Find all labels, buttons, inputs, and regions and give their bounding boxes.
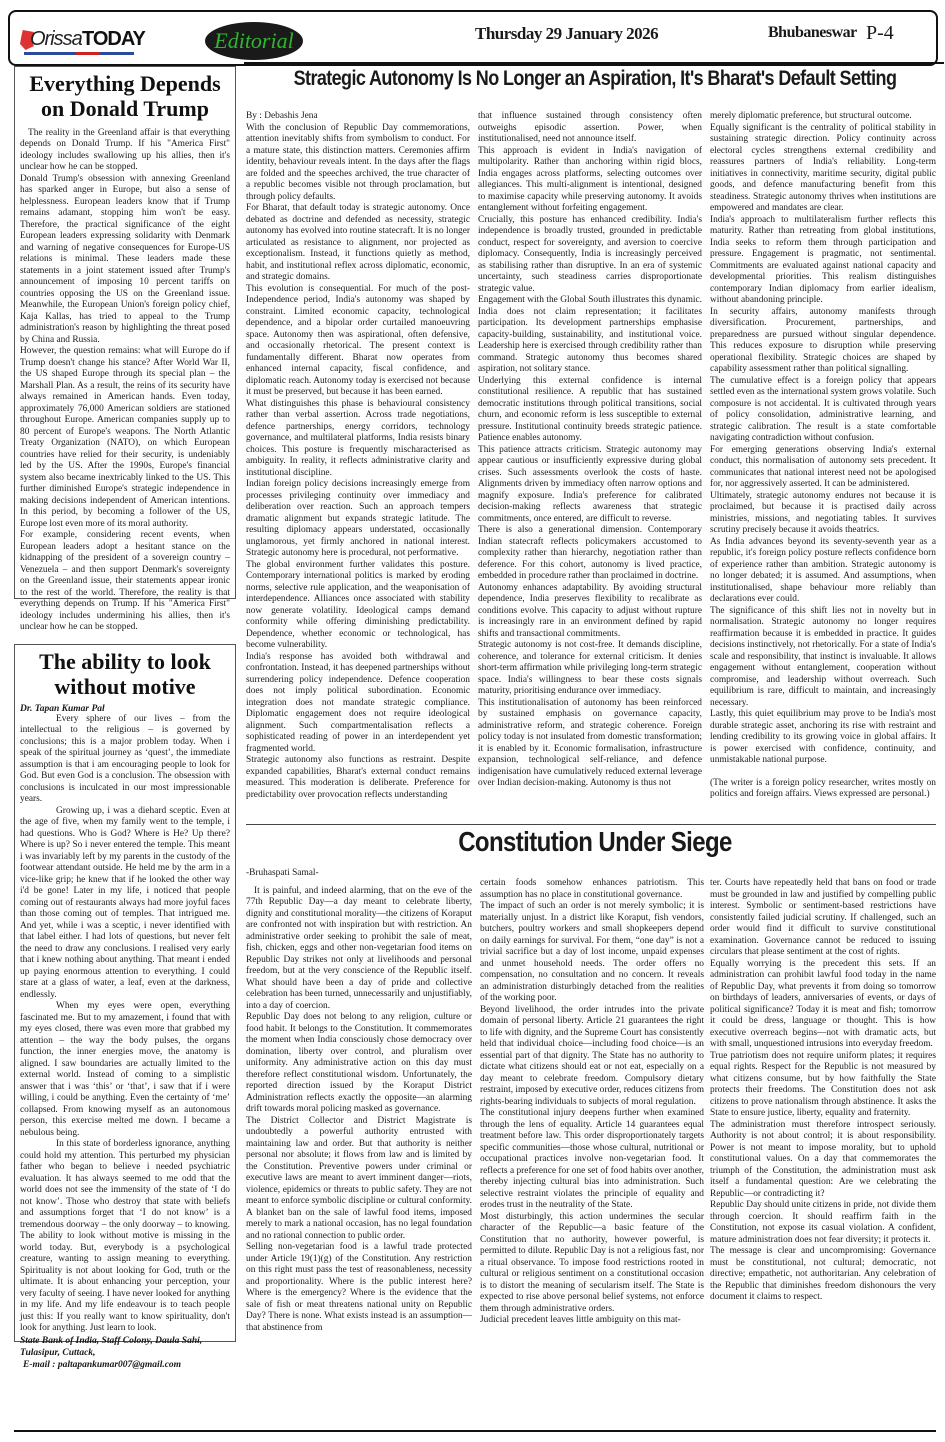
- paragraph: The cumulative effect is a foreign polic…: [710, 376, 936, 445]
- section-badge-editorial: Editorial: [205, 22, 303, 60]
- section-divider: [246, 824, 936, 825]
- masthead: Orissa TODAY Editorial Thursday 29 Janua…: [8, 10, 938, 66]
- paragraph: The administration must therefore intros…: [710, 1120, 936, 1201]
- paragraph: Crucially, this posture has enhanced cre…: [478, 215, 702, 296]
- paragraph: Republic Day does not belong to any reli…: [246, 1012, 472, 1116]
- logo-word-orissa: Orissa: [30, 28, 82, 51]
- byline: By : Debashis Jena: [246, 111, 470, 123]
- logo-accent-bar: [76, 52, 100, 55]
- writer-disclaimer: (The writer is a foreign policy research…: [710, 778, 936, 801]
- orissa-today-logo[interactable]: Orissa TODAY: [20, 28, 160, 54]
- constitution-column-2: certain foods somehow enhances patriotis…: [480, 878, 704, 1327]
- article-headline-autonomy: Strategic Autonomy Is No Longer an Aspir…: [250, 66, 940, 91]
- paragraph: India's response has avoided both withdr…: [246, 652, 470, 756]
- paragraph: Most disturbingly, this action undermine…: [480, 1212, 704, 1316]
- paragraph: merely diplomatic preference, but struct…: [710, 111, 936, 123]
- paragraph: When my eyes were open, everything fasci…: [20, 1001, 230, 1139]
- paragraph: This evolution is consequential. For muc…: [246, 284, 470, 399]
- paragraph: Underlying this external confidence is i…: [478, 376, 702, 445]
- paragraph: With the conclusion of Republic Day comm…: [246, 123, 470, 204]
- paragraph: The significance of this shift lies not …: [710, 606, 936, 710]
- paragraph: Republic Day should unite citizens in pr…: [710, 1200, 936, 1246]
- paragraph: India's approach to multilateralism furt…: [710, 215, 936, 307]
- autonomy-column-2: that influence sustained through consist…: [478, 111, 702, 790]
- paragraph: It is painful, and indeed alarming, that…: [246, 886, 472, 1013]
- paragraph: The constitutional injury deepens furthe…: [480, 1108, 704, 1212]
- paragraph: Equally worrying is the precedent this s…: [710, 959, 936, 1051]
- paragraph: This institutionalisation of autonomy ha…: [478, 698, 702, 790]
- bottom-rule: [14, 1430, 936, 1432]
- article-headline: Everything Depends on Donald Trump: [20, 71, 230, 122]
- paragraph: There is also a generational dimension. …: [478, 525, 702, 583]
- section-label: Editorial: [214, 28, 293, 54]
- paragraph: ter. Courts have repeatedly held that ba…: [710, 878, 936, 959]
- paragraph: What distinguishes this phase is behavio…: [246, 399, 470, 480]
- paragraph: However, the question remains: what will…: [20, 346, 230, 530]
- issue-date: Thursday 29 January 2026: [475, 24, 658, 44]
- author-address: State Bank of India, Staff Colony, Daula…: [20, 1335, 230, 1359]
- paragraph: Equally significant is the centrality of…: [710, 123, 936, 215]
- article-headline: The ability to look without motive: [20, 649, 230, 700]
- constitution-column-1: -Bruhaspati Samal- It is painful, and in…: [246, 868, 472, 1334]
- paragraph: Lastly, this quiet equilibrium may prove…: [710, 709, 936, 767]
- paragraph: The global environment further validates…: [246, 560, 470, 652]
- constitution-column-3: ter. Courts have repeatedly held that ba…: [710, 878, 936, 1304]
- author-email[interactable]: E-mail : paltapankumar007@gmail.com: [20, 1359, 230, 1371]
- paragraph: This patience attracts criticism. Strate…: [478, 445, 702, 526]
- paragraph: For example, considering recent events, …: [20, 530, 230, 634]
- article-body: Every sphere of our lives – from the int…: [20, 714, 230, 1335]
- article-body: The reality in the Greenland affair is t…: [20, 128, 230, 634]
- paragraph: For Bharat, that default today is strate…: [246, 203, 470, 284]
- paragraph: Autonomy enhances adaptability. By avoid…: [478, 583, 702, 641]
- paragraph: that influence sustained through consist…: [478, 111, 702, 146]
- article-headline-constitution: Constitution Under Siege: [250, 827, 940, 859]
- paragraph: Indian foreign policy decisions increasi…: [246, 479, 470, 560]
- top-rule: [244, 62, 944, 64]
- paragraph: Engagement with the Global South illustr…: [478, 295, 702, 376]
- paragraph: Growing up, i was a diehard sceptic. Eve…: [20, 806, 230, 1002]
- paragraph: The District Collector and District Magi…: [246, 1116, 472, 1243]
- paragraph: True patriotism does not require uniform…: [710, 1051, 936, 1120]
- autonomy-column-3: merely diplomatic preference, but struct…: [710, 111, 936, 801]
- autonomy-column-1: By : Debashis Jena With the conclusion o…: [246, 111, 470, 801]
- paragraph: Selling non-vegetarian food is a lawful …: [246, 1242, 472, 1334]
- page-number: P-4: [866, 22, 894, 45]
- paragraph: Beyond livelihood, the order intrudes in…: [480, 1005, 704, 1109]
- paragraph: As India advances beyond its seventy-sev…: [710, 537, 936, 606]
- logo-word-today: TODAY: [82, 28, 145, 51]
- paragraph: The reality in the Greenland affair is t…: [20, 128, 230, 174]
- edition-city: Bhubaneswar: [768, 24, 857, 42]
- article-everything-depends-on-trump: Everything Depends on Donald Trump The r…: [14, 66, 236, 599]
- paragraph: certain foods somehow enhances patriotis…: [480, 878, 704, 901]
- paragraph: In this state of borderless ignorance, a…: [20, 1139, 230, 1335]
- paragraph: The impact of such an order is not merel…: [480, 901, 704, 1005]
- paragraph: Judicial precedent leaves little ambigui…: [480, 1315, 704, 1327]
- paragraph: Ultimately, strategic autonomy endures n…: [710, 491, 936, 537]
- paragraph: The message is clear and uncompromising:…: [710, 1246, 936, 1304]
- paragraph: In security affairs, autonomy manifests …: [710, 307, 936, 376]
- paragraph: Strategic autonomy also functions as res…: [246, 755, 470, 801]
- author-byline: Dr. Tapan Kumar Pal: [20, 704, 230, 714]
- paragraph: Strategic autonomy is not cost-free. It …: [478, 640, 702, 698]
- paragraph: For emerging generations observing India…: [710, 445, 936, 491]
- byline: -Bruhaspati Samal-: [246, 868, 472, 880]
- paragraph: This approach is evident in India's navi…: [478, 146, 702, 215]
- paragraph: Every sphere of our lives – from the int…: [20, 714, 230, 806]
- article-ability-to-look: The ability to look without motive Dr. T…: [14, 644, 236, 1342]
- paragraph: Donald Trump's obsession with annexing G…: [20, 174, 230, 347]
